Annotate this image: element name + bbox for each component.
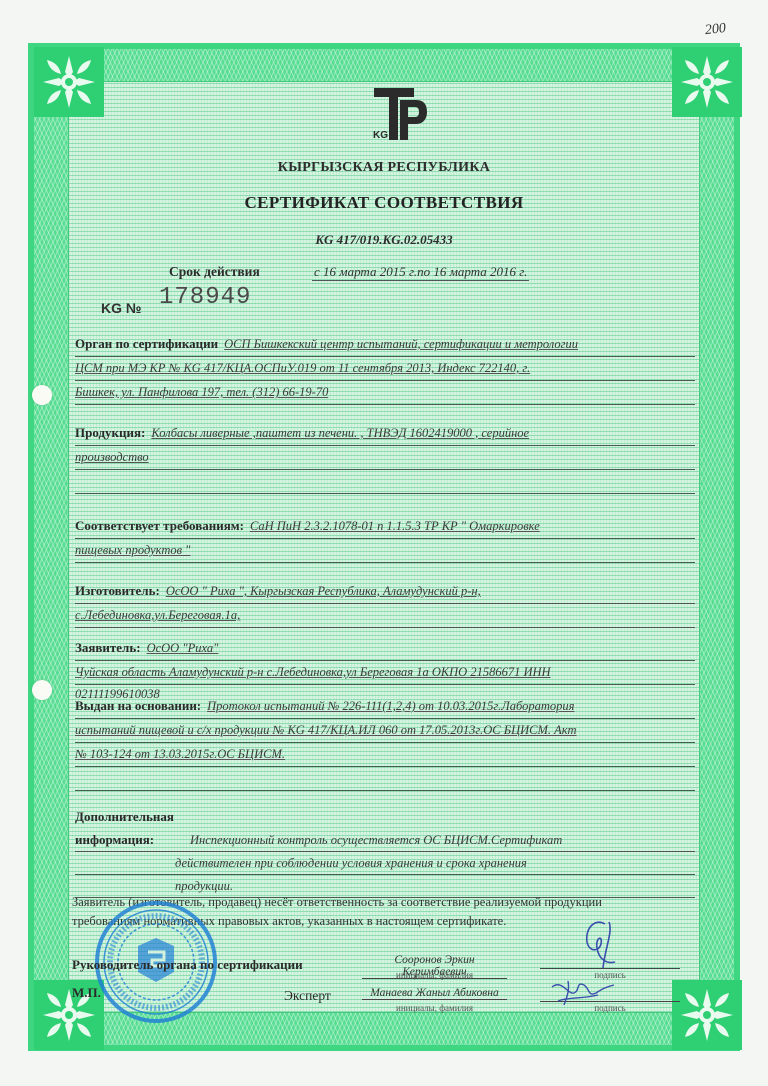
certification-body-value: ОСП Бишкекский центр испытаний, сертифик… (224, 337, 578, 351)
requirements-value: пищевых продуктов " (75, 543, 190, 557)
issued-basis-value: Протокол испытаний № 226-111(1,2,4) от 1… (207, 699, 574, 713)
certification-body-value: Бишкек, ул. Панфилова 197, тел. (312) 66… (75, 385, 328, 399)
tr-kg-logo-icon: KG (372, 86, 428, 142)
certification-body-value: ЦСМ при МЭ КР № KG 417/КЦА.ОСПиУ.019 от … (75, 361, 530, 375)
issued-basis-value: испытаний пищевой и с/х продукции № KG 4… (75, 723, 577, 737)
manufacturer-value: с.Лебединовка,ул.Береговая.1а, (75, 608, 240, 622)
applicant-value: ОсОО "Риха" (147, 641, 219, 655)
expert-name: Манаева Жаныл Абиковна (362, 987, 507, 1000)
expert-label: Эксперт (284, 988, 331, 1004)
validity-label: Срок действия (169, 264, 260, 280)
section-certification-body: Орган по сертификацииОСП Бишкекский цент… (75, 333, 695, 405)
name-caption: инициалы, фамилия (362, 970, 507, 980)
section-requirements: Соответствует требованиям:СаН ПиН 2.3.2.… (75, 515, 695, 563)
certificate-code: KG 417/019.KG.02.05433 (0, 232, 768, 248)
serial-label: KG № (101, 300, 142, 316)
product-label: Продукция: (75, 425, 145, 440)
product-value: производство (75, 450, 149, 464)
svg-text:KG: KG (373, 130, 388, 141)
certificate-content: KG КЫРГЫЗСКАЯ РЕСПУБЛИКА СЕРТИФИКАТ СООТ… (0, 0, 768, 1086)
section-issued-basis: Выдан на основании:Протокол испытаний № … (75, 695, 695, 791)
applicant-value: Чуйская область Аламудунский р-н с.Лебед… (75, 665, 551, 679)
additional-info-label: информация: (75, 832, 154, 847)
issued-basis-value: № 103-124 от 13.03.2015г.ОС БЦИСМ. (75, 747, 285, 761)
section-product: Продукция:Колбасы ливерные ,паштет из пе… (75, 422, 695, 494)
stamp-place-label: М.П. (72, 985, 101, 1001)
additional-info-label: Дополнительная (75, 809, 174, 824)
section-applicant: Заявитель:ОсОО "Риха" Чуйская область Ал… (75, 637, 695, 701)
expert-signature-icon (548, 975, 618, 1007)
certification-body-label: Орган по сертификации (75, 336, 218, 351)
manufacturer-label: Изготовитель: (75, 583, 160, 598)
section-additional-info: Дополнительная информация:Инспекционный … (75, 806, 695, 898)
additional-info-value: действителен при соблюдении условия хран… (175, 852, 527, 874)
manufacturer-value: ОсОО " Риха ", Кыргызская Республика, Ал… (166, 584, 481, 598)
certificate-title: СЕРТИФИКАТ СООТВЕТСТВИЯ (0, 193, 768, 213)
head-of-body-label: Руководитель органа по сертификации (72, 957, 303, 973)
product-value: Колбасы ливерные ,паштет из печени. , ТН… (151, 426, 529, 440)
name-caption: инициалы, фамилия (362, 1003, 507, 1013)
validity-period: с 16 марта 2015 г.по 16 марта 2016 г. (312, 264, 529, 281)
applicant-label: Заявитель: (75, 640, 141, 655)
requirements-value: СаН ПиН 2.3.2.1078-01 п 1.1.5.3 ТР КР " … (250, 519, 540, 533)
head-signature-icon (575, 918, 625, 970)
additional-info-value: Инспекционный контроль осуществляется ОС… (190, 829, 562, 851)
country-heading: КЫРГЫЗСКАЯ РЕСПУБЛИКА (0, 160, 768, 176)
section-manufacturer: Изготовитель:ОсОО " Риха ", Кыргызская Р… (75, 580, 695, 628)
issued-basis-label: Выдан на основании: (75, 698, 201, 713)
requirements-label: Соответствует требованиям: (75, 518, 244, 533)
serial-number: 178949 (159, 284, 251, 311)
